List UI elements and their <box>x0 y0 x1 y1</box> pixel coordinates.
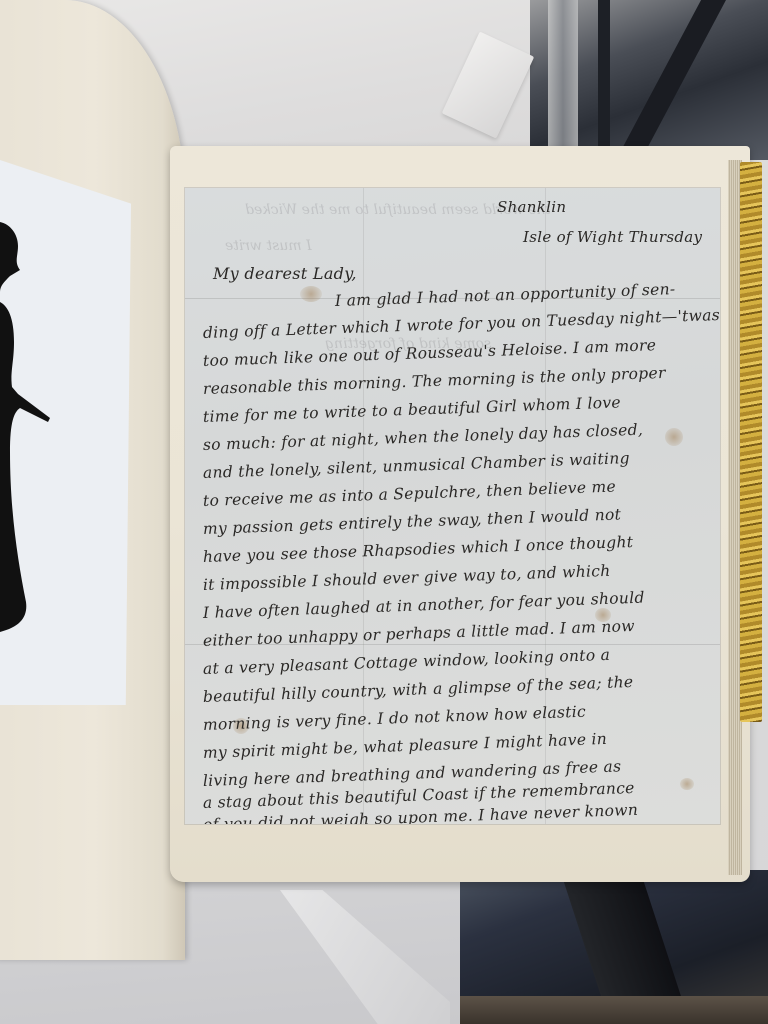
letter-line: so much: for at night, when the lonely d… <box>203 421 644 454</box>
handwritten-letter: the world seem beautiful to me the Wicke… <box>185 188 720 824</box>
letter-salutation: My dearest Lady, <box>213 264 357 283</box>
letter-line: my spirit might be, what pleasure I migh… <box>203 730 608 762</box>
case-frame-bar-dark <box>598 0 610 150</box>
letter-line: either too unhappy or perhaps a little m… <box>203 617 635 650</box>
wooden-base <box>455 996 768 1024</box>
letter-line: my passion gets entirely the sway, then … <box>203 505 622 538</box>
museum-display-scene: the world seem beautiful to me the Wicke… <box>0 0 768 1024</box>
letter-line: have you see those Rhapsodies which I on… <box>203 533 634 566</box>
gilt-binding-edge <box>740 162 762 722</box>
ink-stain <box>680 778 694 790</box>
letter-place-heading: Shanklin <box>497 198 566 216</box>
letter-line: to receive me as into a Sepulchre, then … <box>203 478 617 510</box>
letter-line: it impossible I should ever give way to,… <box>203 562 611 594</box>
letter-line: reasonable this morning. The morning is … <box>203 364 666 398</box>
ink-stain <box>665 428 683 446</box>
letter-line: at a very pleasant Cottage window, looki… <box>203 646 611 678</box>
letter-line: beautiful hilly country, with a glimpse … <box>203 673 634 706</box>
silhouette-portrait-icon <box>0 222 55 632</box>
paper-fold-line <box>363 188 364 824</box>
letter-line: time for me to write to a beautiful Girl… <box>203 393 621 426</box>
letter-date-heading: Isle of Wight Thursday <box>523 228 702 246</box>
letter-line: and the lonely, silent, unmusical Chambe… <box>203 449 630 482</box>
case-frame-bar <box>548 0 578 160</box>
ink-stain <box>300 286 322 302</box>
letter-line: I am glad I had not an opportunity of se… <box>335 280 676 310</box>
letter-line: morning is very fine. I do not know how … <box>203 703 587 734</box>
letter-line: I have often laughed at in another, for … <box>203 589 645 622</box>
paper-fold-line <box>545 188 546 824</box>
